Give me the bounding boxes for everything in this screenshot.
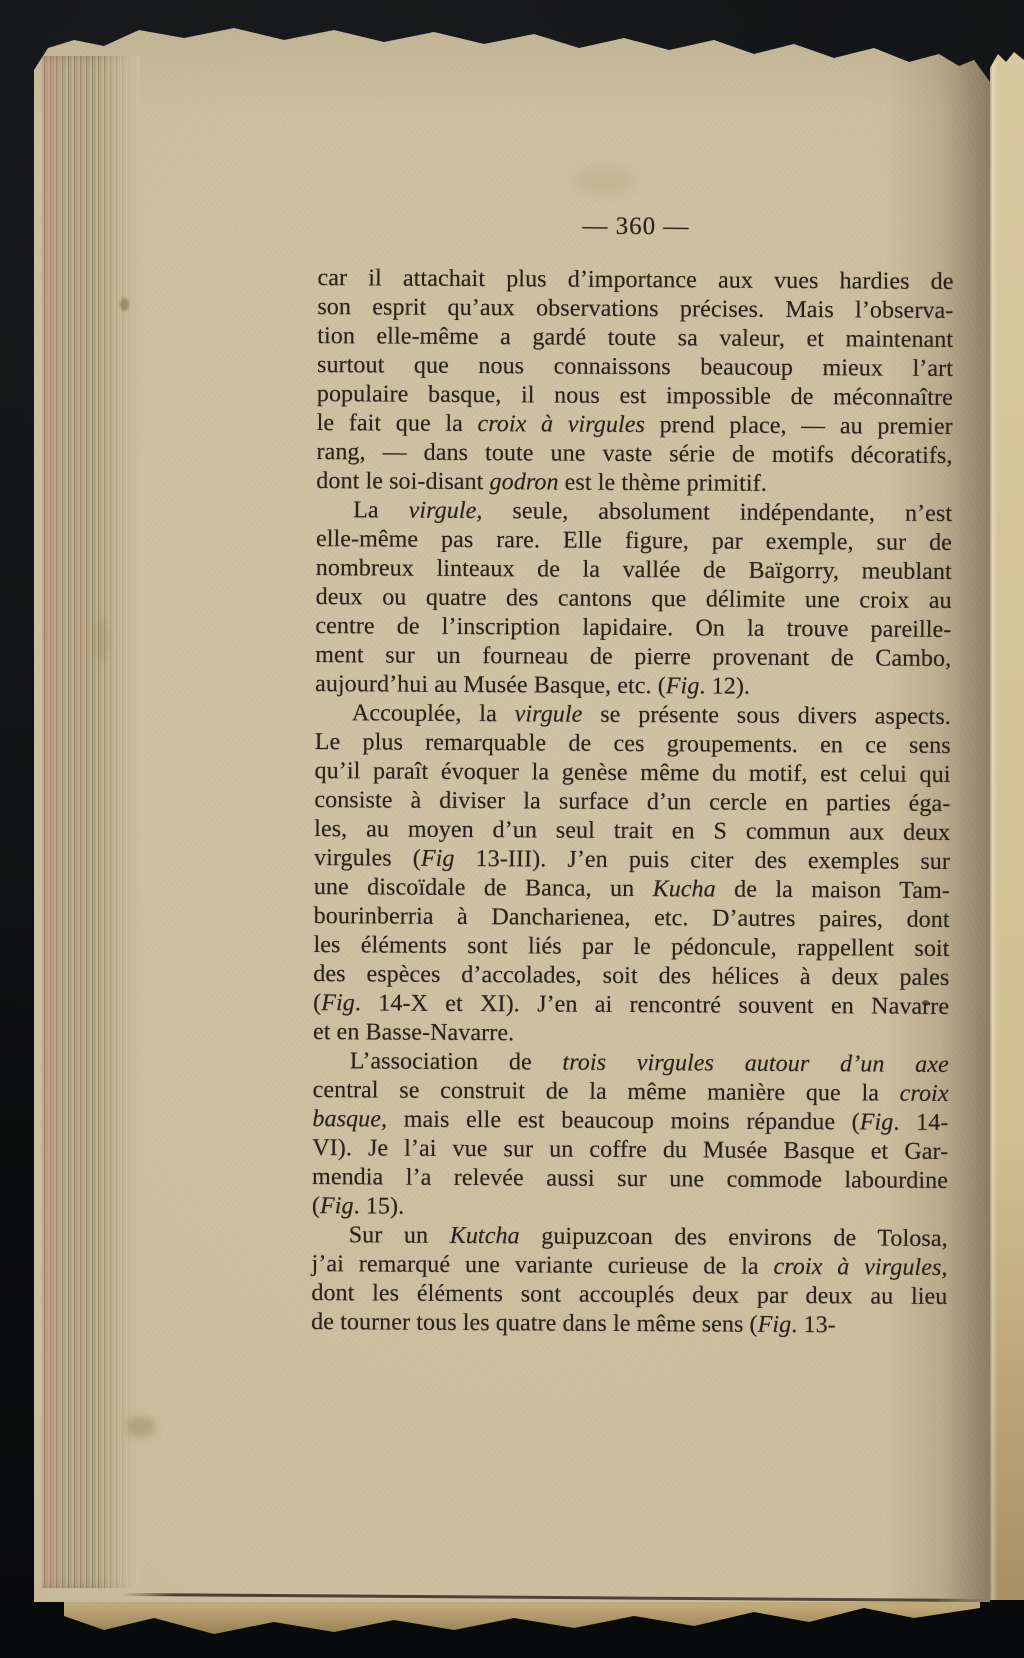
text-line: rang, — dans toute une vaste série de mo… — [316, 438, 952, 471]
text-line: son esprit qu’aux observations précises.… — [317, 293, 953, 326]
adjacent-page-edge — [990, 46, 1024, 1600]
text-line: ment sur un fourneau de pierre provenant… — [315, 641, 951, 674]
text-line: VI). Je l’ai vue sur un coffre du Musée … — [312, 1134, 948, 1167]
text-line: populaire basque, il nous est impossible… — [317, 380, 953, 413]
paragraph: Sur un Kutcha guipuzcoan des environs de… — [311, 1221, 948, 1341]
text-line: dont les éléments sont accouplés deux pa… — [311, 1279, 947, 1312]
paragraph: La virgule, seule, absolument indépendan… — [315, 496, 952, 703]
text-line: j’ai remarqué une variante curieuse de l… — [311, 1250, 947, 1283]
book-page: — 360 — car il attachait plus d’importan… — [34, 0, 990, 1602]
text-line: tion elle-même a gardé toute sa valeur, … — [317, 322, 953, 355]
text-line: consiste à diviser la surface d’un cercl… — [314, 786, 950, 819]
text-line: et en Basse-Navarre. — [313, 1018, 949, 1051]
text-line: surtout que nous connaissons beaucoup mi… — [317, 351, 953, 384]
text-line: aujourd’hui au Musée Basque, etc. (Fig. … — [315, 670, 951, 703]
paragraphs-container: car il attachait plus d’importance aux v… — [311, 264, 954, 1341]
paper-stain — [574, 168, 634, 194]
text-line: mendia l’a relevée aussi sur une commode… — [312, 1163, 948, 1196]
text-line: Sur un Kutcha guipuzcoan des environs de… — [312, 1221, 948, 1254]
text-line: deux ou quatre des cantons que délimite … — [316, 583, 952, 616]
text-line: bourinberria à Dancharienea, etc. D’autr… — [314, 902, 950, 935]
text-line: Accouplée, la virgule se présente sous d… — [315, 699, 951, 732]
text-line: La virgule, seule, absolument indépendan… — [316, 496, 952, 529]
text-line: dont le soi-disant godron est le thème p… — [316, 467, 952, 500]
text-line: elle-même pas rare. Elle figure, par exe… — [316, 525, 952, 558]
book-scan-background: — 360 — car il attachait plus d’importan… — [0, 0, 1024, 1658]
text-line: de tourner tous les quatre dans le même … — [311, 1308, 947, 1341]
paragraph: Accouplée, la virgule se présente sous d… — [313, 699, 951, 1051]
text-line: le fait que la croix à virgules prend pl… — [317, 409, 953, 442]
text-column: — 360 — car il attachait plus d’importan… — [311, 210, 954, 1341]
text-line: (Fig. 15). — [312, 1192, 948, 1225]
text-line: virgules (Fig 13-III). J’en puis citer d… — [314, 844, 950, 877]
text-line: L’association de trois virgules autour d… — [313, 1047, 949, 1080]
text-line: central se construit de la même manière … — [313, 1076, 949, 1109]
text-line: car il attachait plus d’importance aux v… — [317, 264, 953, 297]
text-line: les, au moyen d’un seul trait en S commu… — [314, 815, 950, 848]
page-number: — 360 — — [318, 210, 954, 243]
page-fore-edge — [42, 56, 140, 1588]
text-line: centre de l’inscription lapidaire. On la… — [315, 612, 951, 645]
paragraph: L’association de trois virgules autour d… — [312, 1047, 949, 1225]
text-line: les éléments sont liés par le pédoncule,… — [313, 931, 949, 964]
text-line: une discoïdale de Banca, un Kucha de la … — [314, 873, 950, 906]
text-line: des espèces d’accolades, soit des hélice… — [313, 960, 949, 993]
text-line: basque, mais elle est beaucoup moins rép… — [312, 1105, 948, 1138]
text-line: qu’il paraît évoquer la genèse même du m… — [314, 757, 950, 790]
text-line: Le plus remarquable de ces groupements. … — [315, 728, 951, 761]
page-bottom-line — [122, 1593, 986, 1602]
paragraph: car il attachait plus d’importance aux v… — [316, 264, 953, 500]
text-line: (Fig. 14-X et XI). J’en ai rencontré sou… — [313, 989, 949, 1022]
text-line: nombreux linteaux de la vallée de Baïgor… — [316, 554, 952, 587]
